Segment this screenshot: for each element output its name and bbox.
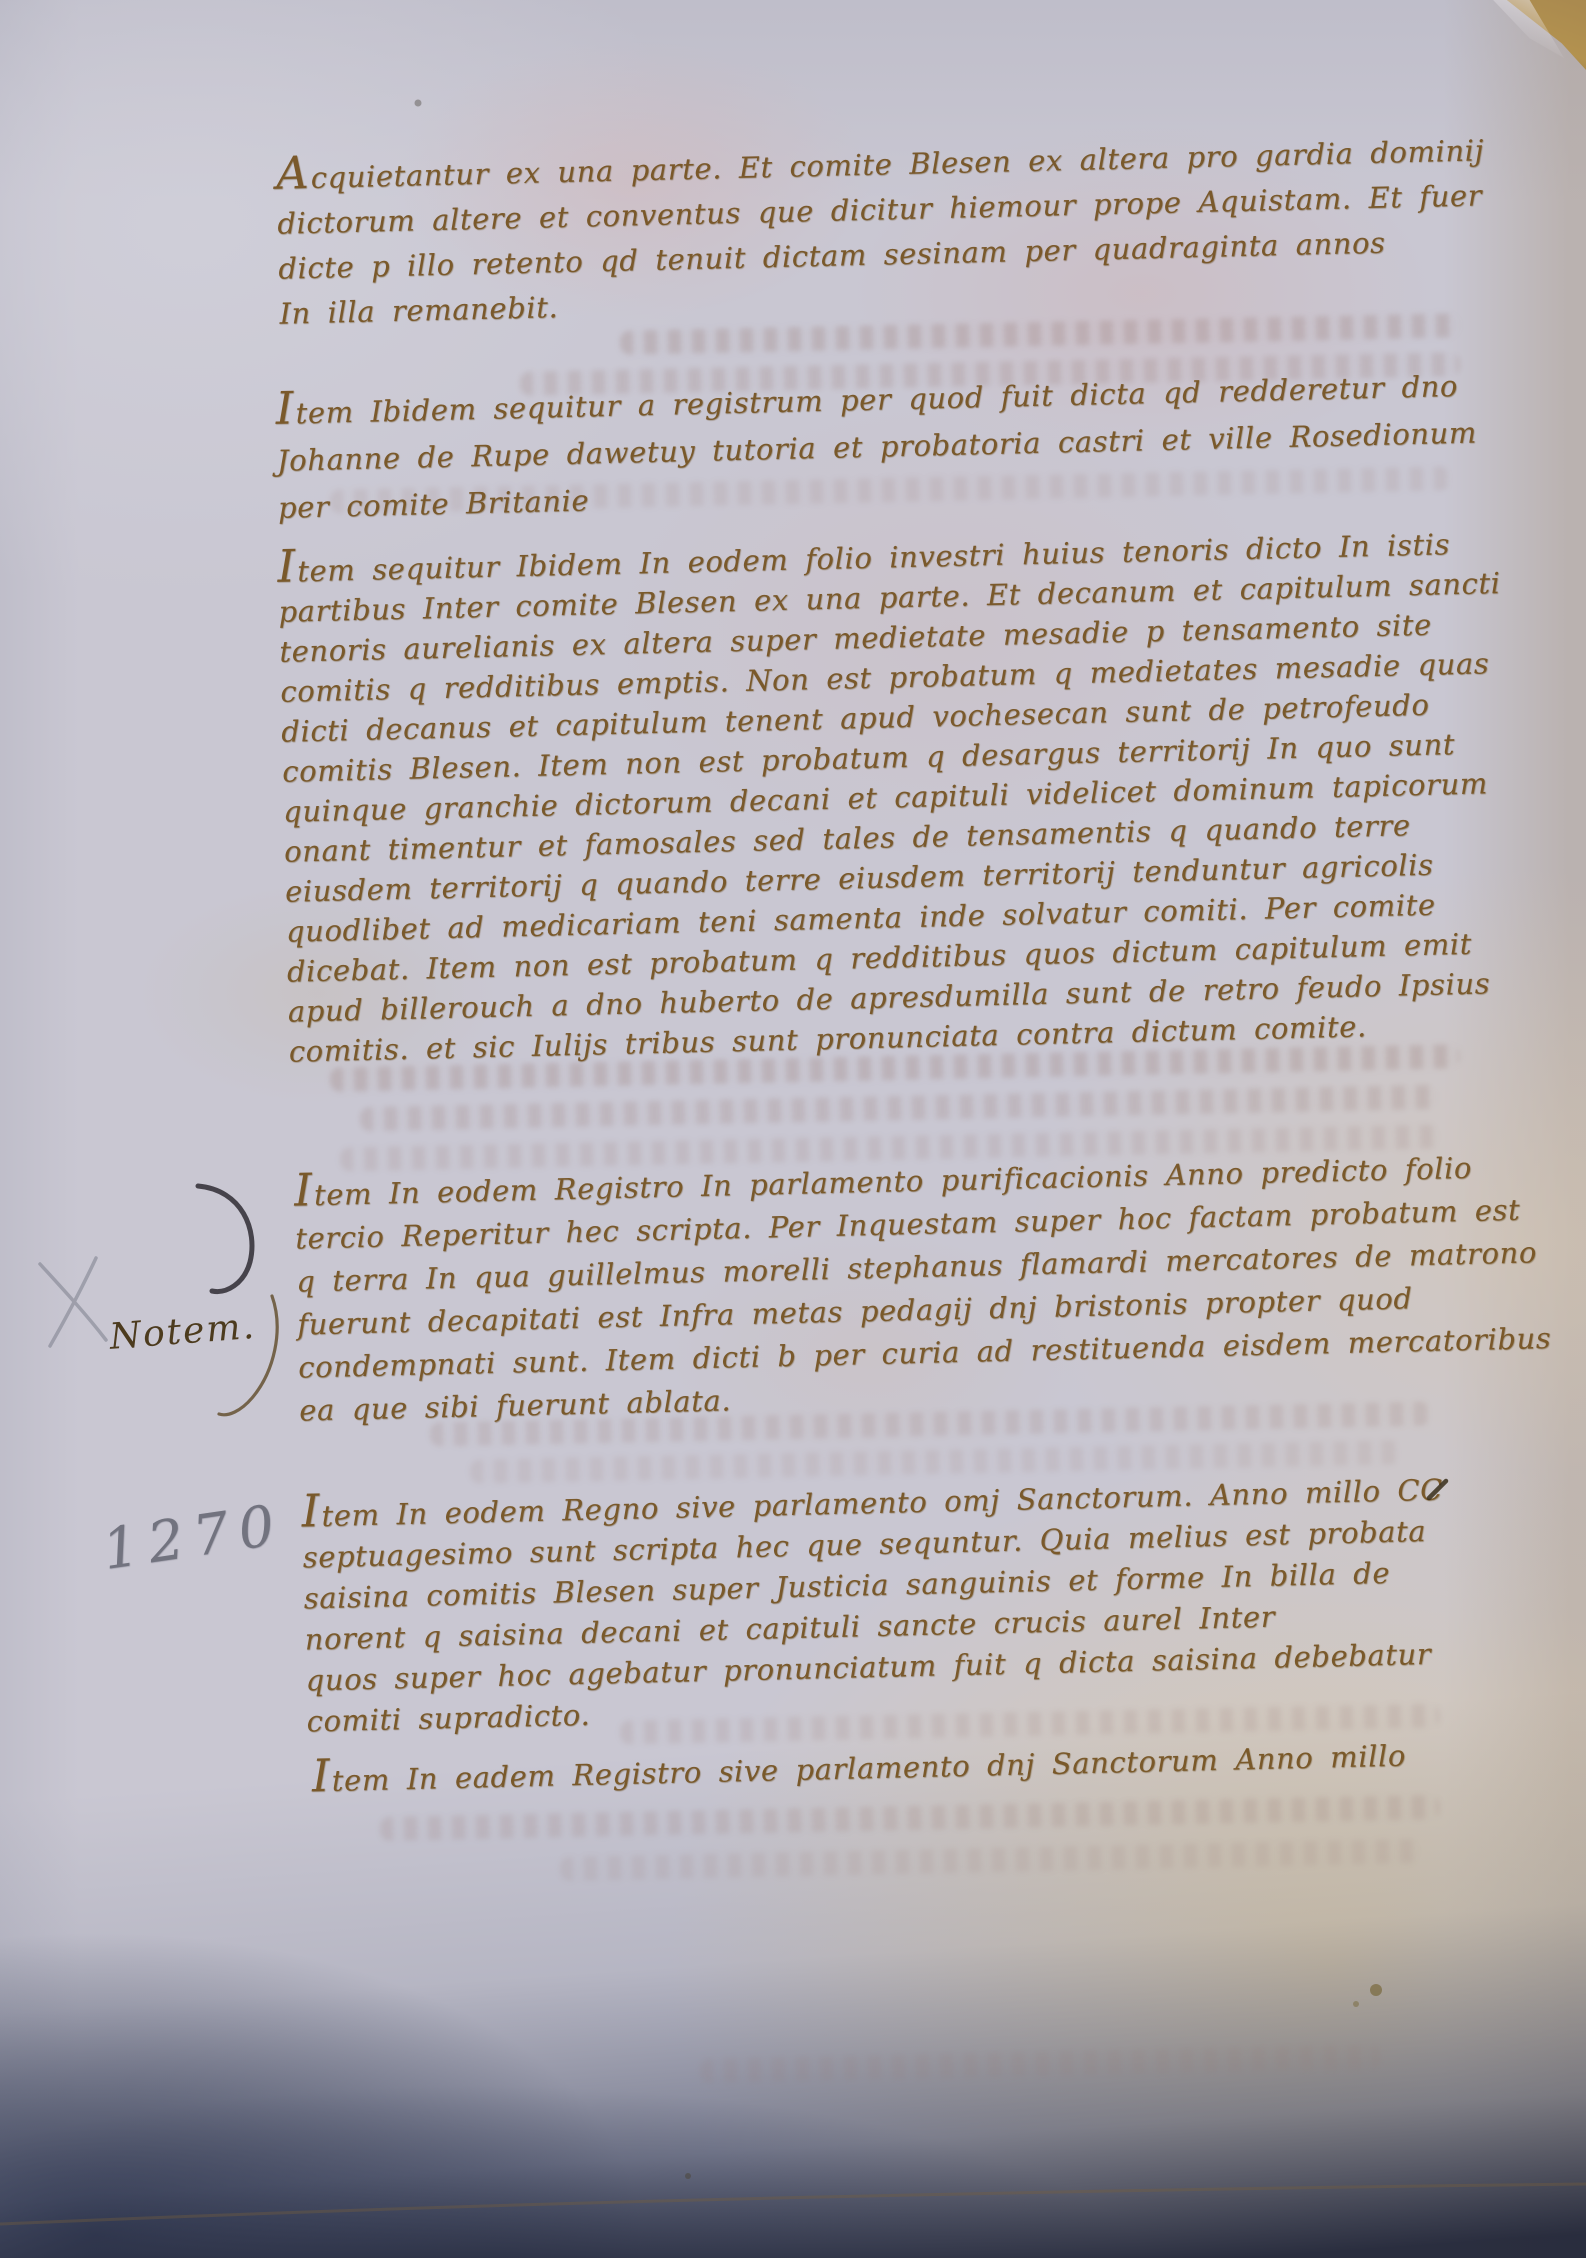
- paragraph-2: Item Ibidem sequitur a registrum per quo…: [275, 357, 1478, 532]
- ink-text-layer: Acquietantur ex una parte. Et comite Ble…: [0, 0, 1586, 2258]
- paragraph-5: Item In eodem Regno sive parlamento omj …: [301, 1464, 1448, 1743]
- margin-note-year-pencil: 1270: [99, 1492, 289, 1583]
- manuscript-page: Acquietantur ex una parte. Et comite Ble…: [0, 0, 1586, 2258]
- paragraph-6: Item In eadem Registro sive parlamento d…: [311, 1729, 1406, 1804]
- paragraph-3: Item sequitur Ibidem In eodem folio inve…: [277, 518, 1511, 1072]
- paragraph-4: Item In eodem Registro In parlamento pur…: [294, 1139, 1553, 1432]
- text-line: Item In eadem Registro sive parlamento d…: [311, 1729, 1406, 1804]
- paragraph-1: Acquietantur ex una parte. Et comite Ble…: [276, 122, 1488, 336]
- margin-note-notem: Notem.: [108, 1306, 257, 1358]
